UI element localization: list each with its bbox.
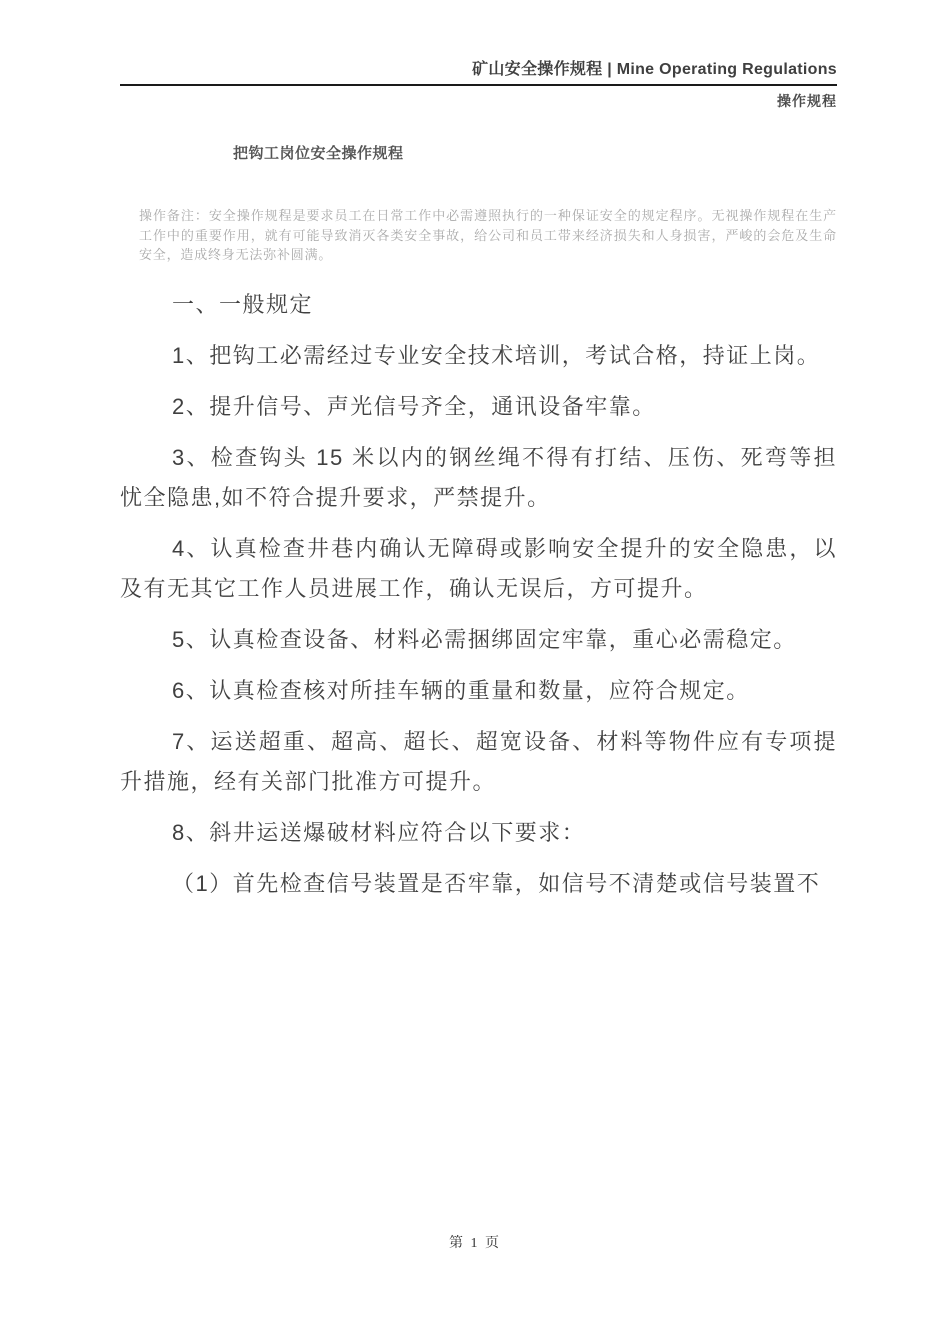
regulation-item: 2、提升信号、声光信号齐全，通讯设备牢靠。 — [120, 387, 837, 427]
document-body: 一、一般规定1、把钩工必需经过专业安全技术培训，考试合格，持证上岗。2、提升信号… — [120, 285, 837, 915]
page-number: 第 1 页 — [449, 1236, 501, 1251]
header-title: 矿山安全操作规程 | Mine Operating Regulations — [472, 61, 837, 78]
operation-note: 操作备注：安全操作规程是要求员工在日常工作中必需遵照执行的一种保证安全的规定程序… — [139, 206, 837, 265]
section-heading: 一、一般规定 — [120, 285, 837, 325]
page-footer: 第 1 页 — [0, 1232, 950, 1252]
document-page: 矿山安全操作规程 | Mine Operating Regulations 操作… — [0, 0, 950, 1344]
document-title: 把钩工岗位安全操作规程 — [233, 142, 404, 163]
regulation-item: 1、把钩工必需经过专业安全技术培训，考试合格，持证上岗。 — [120, 336, 837, 376]
page-header: 矿山安全操作规程 | Mine Operating Regulations — [120, 56, 837, 86]
header-subtitle: 操作规程 — [120, 91, 837, 111]
regulation-item: 6、认真检查核对所挂车辆的重量和数量，应符合规定。 — [120, 671, 837, 711]
regulation-item: 4、认真检查井巷内确认无障碍或影响安全提升的安全隐患，以及有无其它工作人员进展工… — [120, 529, 837, 609]
regulation-item: 8、斜井运送爆破材料应符合以下要求： — [120, 813, 837, 853]
regulation-item: （1）首先检查信号装置是否牢靠，如信号不清楚或信号装置不 — [120, 864, 837, 904]
regulation-item: 3、检查钩头 15 米以内的钢丝绳不得有打结、压伤、死弯等担忧全隐患,如不符合提… — [120, 438, 837, 518]
regulation-item: 7、运送超重、超高、超长、超宽设备、材料等物件应有专项提升措施，经有关部门批准方… — [120, 722, 837, 802]
regulation-item: 5、认真检查设备、材料必需捆绑固定牢靠，重心必需稳定。 — [120, 620, 837, 660]
